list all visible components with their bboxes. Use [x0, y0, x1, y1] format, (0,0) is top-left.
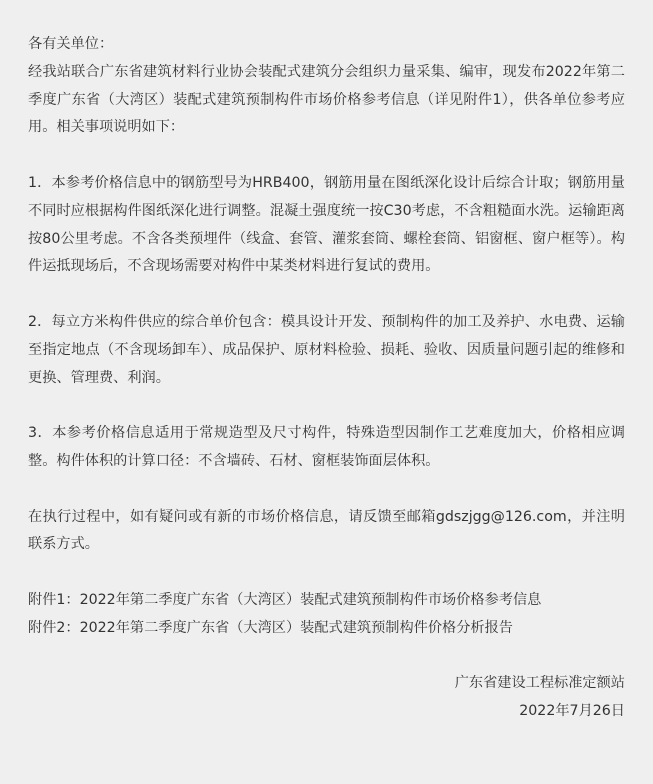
item-3-paragraph: 3．本参考价格信息适用于常规造型及尺寸构件，特殊造型因制作工艺难度加大，价格相应… [28, 420, 625, 476]
signature-organization: 广东省建设工程标准定额站 [28, 670, 625, 698]
signature-date: 2022年7月26日 [28, 698, 625, 726]
spacer [28, 476, 625, 504]
contact-paragraph: 在执行过程中，如有疑问或有新的市场价格信息，请反馈至邮箱gdszjgg@126.… [28, 504, 625, 560]
item-2-paragraph: 2．每立方米构件供应的综合单价包含：模具设计开发、预制构件的加工及养护、水电费、… [28, 309, 625, 392]
salutation: 各有关单位： [28, 31, 625, 59]
attachment-2-link[interactable]: 附件2：2022年第二季度广东省（大湾区）装配式建筑预制构件价格分析报告 [28, 615, 625, 643]
item-1-paragraph: 1．本参考价格信息中的钢筋型号为HRB400，钢筋用量在图纸深化设计后综合计取；… [28, 170, 625, 281]
spacer [28, 559, 625, 587]
spacer [28, 643, 625, 671]
spacer [28, 392, 625, 420]
intro-paragraph: 经我站联合广东省建筑材料行业协会装配式建筑分会组织力量采集、编审，现发布2022… [28, 59, 625, 142]
attachment-1-link[interactable]: 附件1：2022年第二季度广东省（大湾区）装配式建筑预制构件市场价格参考信息 [28, 587, 625, 615]
notice-document: 各有关单位： 经我站联合广东省建筑材料行业协会装配式建筑分会组织力量采集、编审，… [28, 31, 625, 726]
spacer [28, 142, 625, 170]
spacer [28, 281, 625, 309]
